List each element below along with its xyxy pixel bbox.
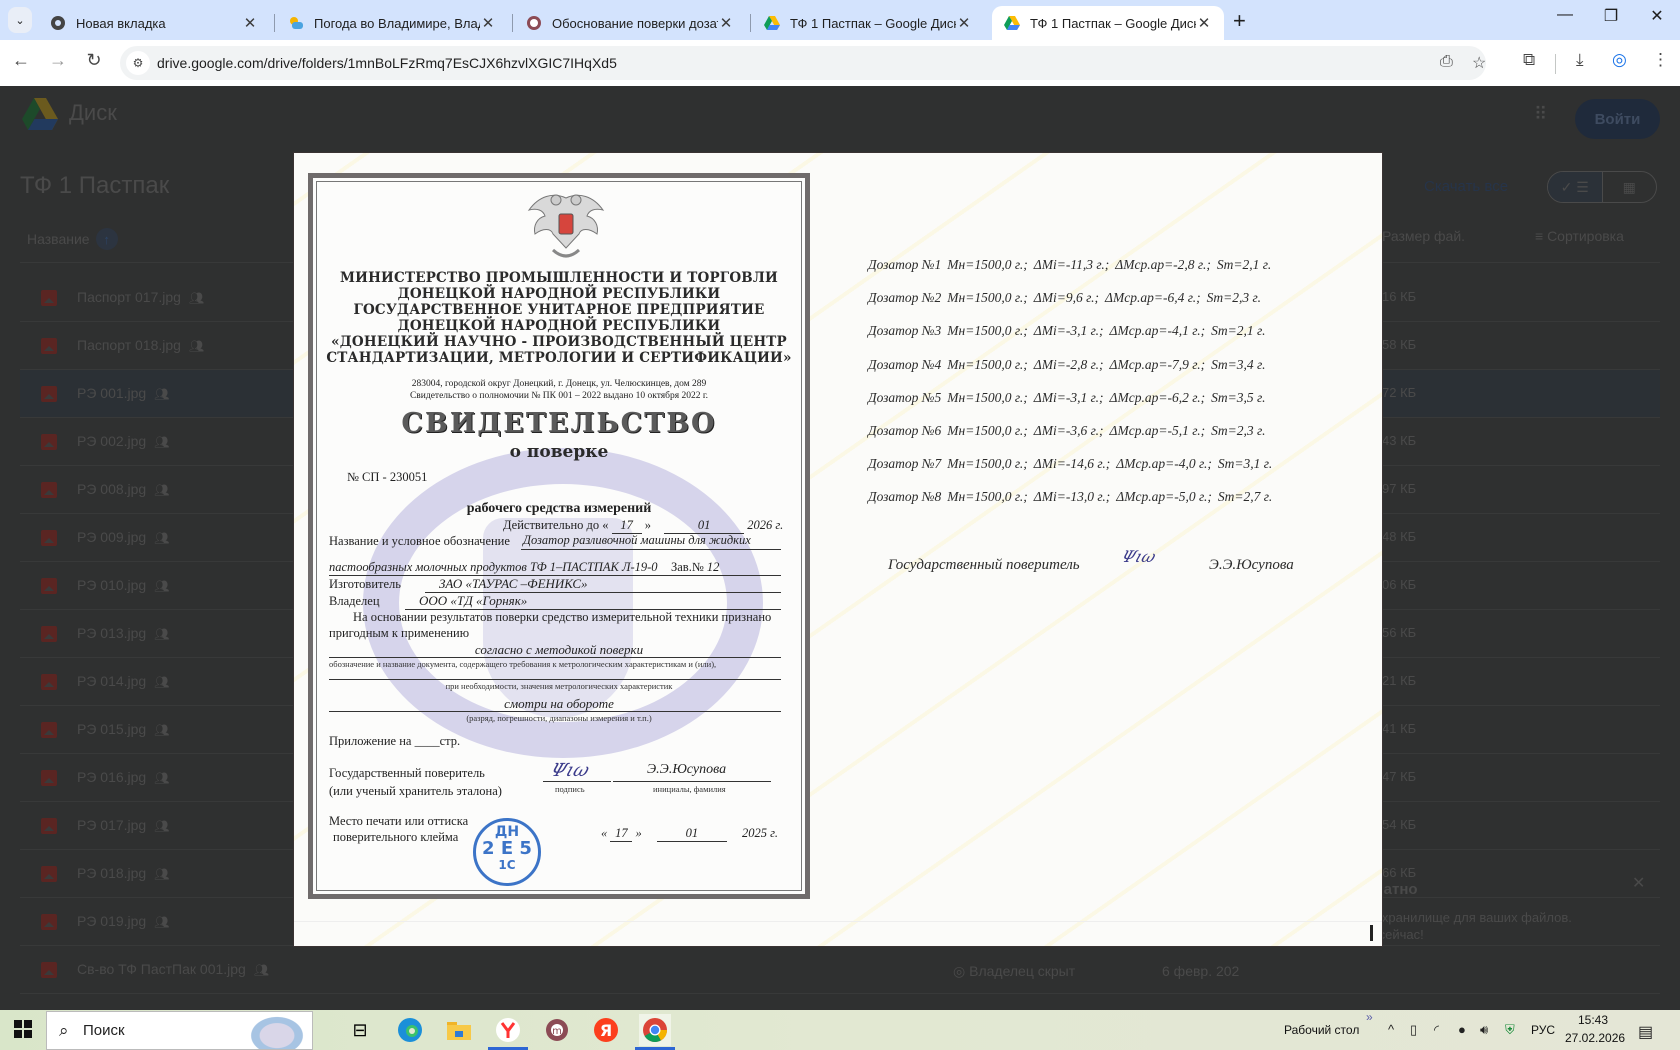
issuer-address: 283004, городской округ Донецкий, г. Дон…: [313, 378, 805, 402]
tab-close-icon[interactable]: ✕: [956, 14, 972, 32]
google-drive-logo: [22, 98, 58, 130]
basis-line-1: На основании результатов поверки средств…: [353, 610, 771, 625]
underline: [613, 781, 771, 782]
doser-dmcp: ΔMср.ар=-6,2 г.;: [1110, 390, 1206, 405]
name-caption: инициалы, фамилия: [653, 784, 726, 794]
shared-people-icon: 👥︎: [154, 531, 169, 545]
tab-title: Обоснование поверки дозатора: [552, 16, 718, 31]
org-line: МИНИСТЕРСТВО ПРОМЫШЛЕННОСТИ И ТОРГОВЛИ: [313, 270, 805, 286]
tab-close-icon[interactable]: ✕: [242, 14, 258, 32]
stamp-label-2: поверительного клейма: [333, 830, 458, 845]
image-file-icon: [41, 482, 57, 498]
microphone-icon[interactable]: ●: [1458, 1022, 1466, 1037]
windows-start-button[interactable]: [14, 1020, 32, 1038]
doser-result-row: Дозатор №5Мн=1500,0 г.;ΔMi=-3,1 г.;ΔMср.…: [868, 390, 1272, 423]
reload-button[interactable]: ↻: [81, 50, 107, 71]
doser-dmi: ΔMi=-3,6 г.;: [1034, 423, 1104, 438]
serial-number: Зав.№ 12: [671, 560, 719, 575]
issue-day: 17: [610, 826, 632, 842]
doser-mn: Мн=1500,0 г.;: [947, 489, 1028, 504]
doser-mn: Мн=1500,0 г.;: [947, 423, 1028, 438]
shared-people-icon: 👥︎: [254, 963, 269, 977]
method-caption: обозначение и название документа, содерж…: [329, 659, 716, 669]
file-name: Паспорт 017.jpg👥︎: [77, 289, 204, 305]
chars-caption: при необходимости, значения метрологичес…: [313, 681, 805, 691]
yandex-icon[interactable]: Я: [590, 1014, 622, 1046]
file-name: РЭ 009.jpg👥︎: [77, 529, 169, 545]
doser-label: Дозатор №6: [868, 423, 941, 438]
image-file-icon: [41, 386, 57, 402]
shared-people-icon: 👥︎: [189, 291, 204, 305]
file-name-text: РЭ 015.jpg: [77, 721, 146, 737]
certificate-front: МИНИСТЕРСТВО ПРОМЫШЛЕННОСТИ И ТОРГОВЛИ Д…: [308, 173, 810, 899]
file-name: Св-во ТФ ПастПак 001.jpg👥︎: [77, 961, 269, 977]
file-name-text: РЭ 010.jpg: [77, 577, 146, 593]
task-view-icon[interactable]: ⊟: [344, 1014, 376, 1046]
file-name: РЭ 013.jpg👥︎: [77, 625, 169, 641]
shared-people-icon: 👥︎: [154, 771, 169, 785]
doser-mn: Мн=1500,0 г.;: [947, 257, 1028, 272]
file-size: 56 КБ: [1382, 625, 1416, 640]
tab-google-drive[interactable]: ТФ 1 Пастпак – Google Диск ✕: [752, 6, 984, 40]
file-size: 47 КБ: [1382, 769, 1416, 784]
file-size: 48 КБ: [1382, 529, 1416, 544]
restore-button[interactable]: ❐: [1596, 6, 1626, 26]
text-cursor: [1370, 925, 1373, 941]
file-size: 06 КБ: [1382, 577, 1416, 592]
valid-until: Действительно до « 17 » 01 2026 г.: [503, 518, 783, 534]
issue-month: 01: [657, 826, 727, 842]
weather-icon: [288, 15, 304, 31]
viewer-divider: [294, 921, 1382, 922]
doser-result-row: Дозатор №2Мн=1500,0 г.;ΔMi=9,6 г.;ΔMср.а…: [868, 290, 1272, 323]
back-signature: Ψιω: [1119, 547, 1159, 566]
file-name-text: Паспорт 017.jpg: [77, 289, 181, 305]
sort-ascending-icon[interactable]: ↑: [96, 228, 118, 250]
search-placeholder: Поиск: [83, 1022, 125, 1039]
security-shield-icon[interactable]: ⛨: [1505, 1022, 1515, 1038]
volume-icon[interactable]: 🔊︎: [1480, 1022, 1488, 1038]
doser-label: Дозатор №8: [868, 489, 941, 504]
column-size-header[interactable]: Размер фай.: [1382, 228, 1465, 244]
shared-people-icon: 👥︎: [189, 339, 204, 353]
doser-dmcp: ΔMср.ар=-2,8 г.;: [1115, 257, 1211, 272]
basis-line-2: пригодным к применению: [329, 626, 469, 641]
image-file-icon: [41, 626, 57, 642]
file-size: 72 КБ: [1382, 385, 1416, 400]
bookmark-star-icon[interactable]: ☆: [1472, 53, 1486, 73]
owner-hidden-label: ◎ Владелец скрыт: [953, 963, 1075, 980]
view-toggle: ✓ ☰ ▦: [1547, 171, 1657, 203]
certificate-subtitle: о поверке: [313, 442, 805, 462]
certificate-number: № СП - 230051: [347, 470, 427, 485]
file-size: 41 КБ: [1382, 721, 1416, 736]
doser-result-row: Дозатор №7Мн=1500,0 г.;ΔMi=-14,6 г.;ΔMср…: [868, 456, 1272, 489]
file-size: 54 КБ: [1382, 817, 1416, 832]
grid-view-button[interactable]: ▦: [1603, 172, 1657, 202]
doser-dmcp: ΔMср.ар=-4,1 г.;: [1110, 323, 1206, 338]
toolbar-separator: [1555, 54, 1556, 74]
signature: Ψιω: [547, 760, 592, 781]
polar-bear-illustration: [247, 1014, 307, 1050]
instrument-type: рабочего средства измерений: [313, 501, 805, 517]
file-name: РЭ 019.jpg👥︎: [77, 913, 169, 929]
browser-toolbar: ← → ↻ ⚙ drive.google.com/drive/folders/1…: [0, 40, 1680, 86]
issue-year: 2025 г.: [742, 826, 778, 840]
notifications-icon[interactable]: ▤: [1638, 1022, 1653, 1042]
org-line: ГОСУДАРСТВЕННОЕ УНИТАРНОЕ ПРЕДПРИЯТИЕ: [313, 302, 805, 318]
owner-text: Владелец скрыт: [969, 963, 1075, 979]
file-name: РЭ 017.jpg👥︎: [77, 817, 169, 833]
back-verifier-name: Э.Э.Юсупова: [1209, 557, 1294, 574]
image-file-icon: [41, 818, 57, 834]
chrome-taskbar-icon[interactable]: [639, 1014, 671, 1046]
doser-dmcp: ΔMср.ар=-4,0 г.;: [1116, 456, 1212, 471]
google-drive-icon: [764, 15, 780, 31]
tab-title: ТФ 1 Пастпак – Google Диск: [790, 16, 956, 31]
valid-month: 01: [664, 518, 744, 534]
signin-button[interactable]: Войти: [1575, 99, 1660, 139]
drive-app-name: Диск: [69, 100, 117, 126]
google-drive-icon: [1004, 15, 1020, 31]
shared-people-icon: 👥︎: [154, 579, 169, 593]
underline: [543, 781, 611, 782]
doser-result-row: Дозатор №4Мн=1500,0 г.;ΔMi=-2,8 г.;ΔMср.…: [868, 357, 1272, 390]
site-info-icon[interactable]: ⚙: [126, 51, 150, 75]
doser-sm: Sm=2,1 г.: [1211, 323, 1265, 338]
tab-close-icon[interactable]: ✕: [718, 14, 734, 32]
image-file-icon: [41, 770, 57, 786]
manufacturer-label: Изготовитель: [329, 577, 401, 592]
verification-stamp: ДН 2 Е 5 1С: [473, 818, 541, 886]
owner-value: ООО «ТД «Горняк»: [419, 593, 527, 609]
issuer-organization: МИНИСТЕРСТВО ПРОМЫШЛЕННОСТИ И ТОРГОВЛИ Д…: [313, 270, 805, 366]
column-name-header[interactable]: Название ↑: [27, 228, 118, 250]
file-name-text: РЭ 001.jpg: [77, 385, 146, 401]
back-verifier-label: Государственный поверитель: [888, 557, 1080, 574]
doser-result-row: Дозатор №6Мн=1500,0 г.;ΔMi=-3,6 г.;ΔMср.…: [868, 423, 1272, 456]
doser-label: Дозатор №5: [868, 390, 941, 405]
shared-people-icon: 👥︎: [154, 675, 169, 689]
tab-close-icon[interactable]: ✕: [480, 14, 496, 32]
shared-people-icon: 👥︎: [154, 867, 169, 881]
svg-text:Я: Я: [600, 1021, 612, 1040]
doser-mn: Мн=1500,0 г.;: [947, 290, 1028, 305]
shared-people-icon: 👥︎: [154, 819, 169, 833]
doser-dmi: ΔMi=-2,8 г.;: [1034, 357, 1104, 372]
tab-new-tab[interactable]: Новая вкладка ✕: [38, 6, 270, 40]
forward-button[interactable]: →: [45, 50, 71, 71]
clock-time[interactable]: 15:43: [1578, 1013, 1608, 1027]
file-name-text: РЭ 019.jpg: [77, 913, 146, 929]
valid-year: 2026 г.: [747, 518, 783, 532]
file-name-text: РЭ 008.jpg: [77, 481, 146, 497]
underline: [329, 679, 781, 680]
download-all-button[interactable]: Скачать все: [1424, 178, 1508, 195]
file-size: 58 КБ: [1382, 337, 1416, 352]
file-name: РЭ 001.jpg👥︎: [77, 385, 169, 401]
svg-text:m: m: [552, 1026, 562, 1037]
address-bar[interactable]: ⚙ drive.google.com/drive/folders/1mnBoLF…: [120, 46, 1486, 80]
verifier-label-2: (или ученый хранитель эталона): [329, 784, 502, 799]
method-value: согласно с методикой поверки: [313, 642, 805, 658]
file-name: РЭ 008.jpg👥︎: [77, 481, 169, 497]
metrology-icon: [526, 15, 542, 31]
tab-title: Новая вкладка: [76, 16, 242, 31]
org-line: «ДОНЕЦКИЙ НАУЧНО - ПРОИЗВОДСТВЕННЫЙ ЦЕНТ…: [313, 334, 805, 350]
file-name: РЭ 015.jpg👥︎: [77, 721, 169, 737]
org-line: ДОНЕЦКОЙ НАРОДНОЙ РЕСПУБЛИКИ: [313, 318, 805, 334]
doser-sm: Sm=2,3 г.: [1211, 423, 1265, 438]
doser-dmcp: ΔMср.ар=-5,1 г.;: [1110, 423, 1206, 438]
doser-result-row: Дозатор №3Мн=1500,0 г.;ΔMi=-3,1 г.;ΔMср.…: [868, 323, 1272, 356]
taskbar-search[interactable]: ⌕ Поиск: [46, 1011, 313, 1050]
doser-dmi: ΔMi=-13,0 г.;: [1034, 489, 1111, 504]
profile-icon[interactable]: ◎: [1612, 50, 1627, 70]
doser-sm: Sm=2,3 г.: [1207, 290, 1261, 305]
sort-button[interactable]: ≡ Сортировка: [1535, 228, 1624, 244]
stamp-line-3: 1С: [476, 858, 538, 872]
input-language[interactable]: РУС: [1531, 1023, 1555, 1037]
issue-date: « 17 » 01 2025 г.: [601, 826, 778, 842]
org-line: СТАНДАРТИЗАЦИИ, МЕТРОЛОГИИ И СЕРТИФИКАЦИ…: [313, 350, 805, 366]
minimize-button[interactable]: —: [1550, 6, 1580, 24]
authority-line: Свидетельство о полномочии № ПК 001 – 20…: [313, 390, 805, 402]
modified-date: 6 февр. 202: [1162, 963, 1239, 979]
tab-title: Погода во Владимире, Владимирской: [314, 16, 480, 31]
doser-sm: Sm=2,7 г.: [1218, 489, 1272, 504]
column-name-label: Название: [27, 231, 90, 247]
url-text[interactable]: drive.google.com/drive/folders/1mnBoLFzR…: [157, 55, 617, 71]
underline: [521, 549, 781, 550]
image-file-icon: [41, 722, 57, 738]
file-name-text: РЭ 013.jpg: [77, 625, 146, 641]
file-name-text: РЭ 018.jpg: [77, 865, 146, 881]
clock-date[interactable]: 27.02.2026: [1565, 1031, 1625, 1045]
image-file-icon: [41, 578, 57, 594]
doser-mn: Мн=1500,0 г.;: [947, 323, 1028, 338]
file-name-text: Св-во ТФ ПастПак 001.jpg: [77, 961, 246, 977]
doser-sm: Sm=3,4 г.: [1211, 357, 1265, 372]
doser-dmi: ΔMi=-14,6 г.;: [1034, 456, 1111, 471]
doser-dmcp: ΔMср.ар=-7,9 г.;: [1110, 357, 1206, 372]
tab-separator: [274, 14, 275, 32]
file-size: 21 КБ: [1382, 673, 1416, 688]
file-name-text: РЭ 014.jpg: [77, 673, 146, 689]
file-name: РЭ 016.jpg👥︎: [77, 769, 169, 785]
image-file-icon: [41, 962, 57, 978]
underline: [329, 711, 781, 712]
image-file-icon: [41, 914, 57, 930]
name-label: Название и условное обозначение: [329, 534, 510, 549]
doser-dmi: ΔMi=-3,1 г.;: [1034, 390, 1104, 405]
tab-separator: [750, 14, 751, 32]
name-value-1: Дозатор разливочной машины для жидких: [523, 533, 751, 548]
tab-search-button[interactable]: ⌄: [8, 7, 32, 33]
file-name: Паспорт 018.jpg👥︎: [77, 337, 204, 353]
doser-label: Дозатор №7: [868, 456, 941, 471]
verifier-name: Э.Э.Юсупова: [647, 762, 726, 778]
verifier-label-1: Государственный поверитель: [329, 766, 485, 781]
file-size: 43 КБ: [1382, 433, 1416, 448]
double-headed-eagle-emblem: [523, 190, 609, 262]
tab-verification-justification[interactable]: Обоснование поверки дозатора ✕: [514, 6, 746, 40]
file-name: РЭ 010.jpg👥︎: [77, 577, 169, 593]
certificate-title: СВИДЕТЕЛЬСТВО: [313, 408, 805, 439]
google-apps-icon[interactable]: ⠿: [1534, 104, 1545, 125]
edge-icon[interactable]: [394, 1014, 426, 1046]
serial-label: Зав.№: [671, 560, 704, 574]
list-view-button[interactable]: ✓ ☰: [1548, 172, 1603, 202]
file-size: 16 КБ: [1382, 289, 1416, 304]
shared-people-icon: 👥︎: [154, 915, 169, 929]
underline: [329, 657, 781, 658]
manufacturer-value: ЗАО «ТАУРАС –ФЕНИКС»: [439, 576, 588, 592]
downloads-icon[interactable]: ⤓: [1576, 50, 1584, 70]
file-name-text: РЭ 009.jpg: [77, 529, 146, 545]
image-file-icon: [41, 338, 57, 354]
menu-kebab-icon[interactable]: ⋮: [1652, 50, 1669, 70]
shared-people-icon: 👥︎: [154, 627, 169, 641]
shared-people-icon: 👥︎: [154, 723, 169, 737]
network-icon[interactable]: ◜: [1434, 1022, 1439, 1038]
file-name: РЭ 002.jpg👥︎: [77, 433, 169, 449]
tab-google-drive-active[interactable]: ТФ 1 Пастпак – Google Диск ✕: [992, 6, 1224, 40]
doser-result-row: Дозатор №1Мн=1500,0 г.;ΔMi=-11,3 г.;ΔMср…: [868, 257, 1272, 290]
file-name-text: Паспорт 018.jpg: [77, 337, 181, 353]
tab-title: ТФ 1 Пастпак – Google Диск: [1030, 16, 1196, 31]
stamp-line-2: 2 Е 5: [476, 840, 538, 858]
doser-mn: Мн=1500,0 г.;: [947, 357, 1028, 372]
image-file-icon: [41, 434, 57, 450]
shared-people-icon: 👥︎: [154, 387, 169, 401]
file-name: РЭ 018.jpg👥︎: [77, 865, 169, 881]
file-name-text: РЭ 016.jpg: [77, 769, 146, 785]
file-name: РЭ 014.jpg👥︎: [77, 673, 169, 689]
doser-dmcp: ΔMср.ар=-5,0 г.;: [1116, 489, 1212, 504]
appendix: Приложение на ____стр.: [329, 734, 460, 749]
valid-day: 17: [612, 518, 642, 534]
desktop-toolbar-label[interactable]: Рабочий стол: [1284, 1023, 1359, 1037]
sort-label: Сортировка: [1547, 228, 1624, 244]
camera-icon[interactable]: ▯: [1410, 1022, 1417, 1038]
image-file-icon: [41, 866, 57, 882]
doser-dmi: ΔMi=9,6 г.;: [1034, 290, 1099, 305]
name-value-2: пастообразных молочных продуктов ТФ 1–ПА…: [329, 560, 658, 575]
owner-label: Владелец: [329, 594, 380, 609]
shared-people-icon: 👥︎: [154, 483, 169, 497]
doser-dmi: ΔMi=-11,3 г.;: [1034, 257, 1109, 272]
image-file-icon: [41, 530, 57, 546]
doser-dmi: ΔMi=-3,1 г.;: [1034, 323, 1104, 338]
install-app-icon[interactable]: ⎙: [1440, 53, 1453, 71]
stamp-label-1: Место печати или оттиска: [329, 814, 468, 829]
doser-label: Дозатор №2: [868, 290, 941, 305]
show-hidden-icons-chevron[interactable]: ^: [1388, 1022, 1394, 1037]
folder-title: ТФ 1 Пастпак: [20, 172, 169, 200]
doser-result-row: Дозатор №8Мн=1500,0 г.;ΔMi=-13,0 г.;ΔMср…: [868, 489, 1272, 522]
tab-weather[interactable]: Погода во Владимире, Владимирской ✕: [276, 6, 508, 40]
metrology-app-icon[interactable]: m: [541, 1014, 573, 1046]
doser-sm: Sm=3,5 г.: [1211, 390, 1265, 405]
tab-close-icon[interactable]: ✕: [1196, 14, 1212, 32]
chrome-icon: [50, 15, 66, 31]
back-button[interactable]: ←: [8, 50, 34, 71]
close-window-button[interactable]: ✕: [1642, 6, 1672, 26]
see-back-value: смотри на обороте: [313, 696, 805, 712]
valid-until-label: Действительно до «: [503, 518, 609, 532]
doser-sm: Sm=2,1 г.: [1217, 257, 1271, 272]
file-name-text: РЭ 002.jpg: [77, 433, 146, 449]
extensions-icon[interactable]: ⧉: [1523, 50, 1535, 70]
see-back-caption: (разряд, погрешности, диапазоны измерени…: [313, 713, 805, 723]
org-line: ДОНЕЦКОЙ НАРОДНОЙ РЕСПУБЛИКИ: [313, 286, 805, 302]
file-size: 97 КБ: [1382, 481, 1416, 496]
address-line: 283004, городской округ Донецкий, г. Дон…: [313, 378, 805, 390]
doser-dmcp: ΔMср.ар=-6,4 г.;: [1105, 290, 1201, 305]
doser-sm: Sm=3,1 г.: [1218, 456, 1272, 471]
doser-label: Дозатор №3: [868, 323, 941, 338]
doser-results-list: Дозатор №1Мн=1500,0 г.;ΔMi=-11,3 г.;ΔMср…: [868, 257, 1272, 523]
browser-tab-strip: ⌄ Новая вкладка ✕ Погода во Владимире, В…: [0, 0, 1680, 40]
shared-people-icon: 👥︎: [154, 435, 169, 449]
tab-separator: [512, 14, 513, 32]
doser-mn: Мн=1500,0 г.;: [947, 390, 1028, 405]
signature-caption: подпись: [555, 784, 585, 794]
image-file-icon: [41, 290, 57, 306]
toolbar-overflow-icon[interactable]: »: [1366, 1010, 1373, 1024]
serial-value: 12: [707, 560, 720, 574]
doser-mn: Мн=1500,0 г.;: [947, 456, 1028, 471]
doser-label: Дозатор №1: [868, 257, 941, 272]
doser-label: Дозатор №4: [868, 357, 941, 372]
image-file-icon: [41, 674, 57, 690]
file-name-text: РЭ 017.jpg: [77, 817, 146, 833]
file-explorer-icon[interactable]: [443, 1014, 475, 1046]
image-preview[interactable]: МИНИСТЕРСТВО ПРОМЫШЛЕННОСТИ И ТОРГОВЛИ Д…: [294, 153, 1382, 946]
new-tab-button[interactable]: +: [1233, 8, 1246, 34]
yandex-browser-icon[interactable]: [492, 1014, 524, 1046]
promo-close-icon[interactable]: ✕: [1632, 873, 1645, 893]
windows-taskbar: ⌕ Поиск ⊟ m Я Рабочий стол » ^ ▯ ◜ ● 🔊︎ …: [0, 1010, 1680, 1050]
search-icon: ⌕: [59, 1021, 69, 1041]
